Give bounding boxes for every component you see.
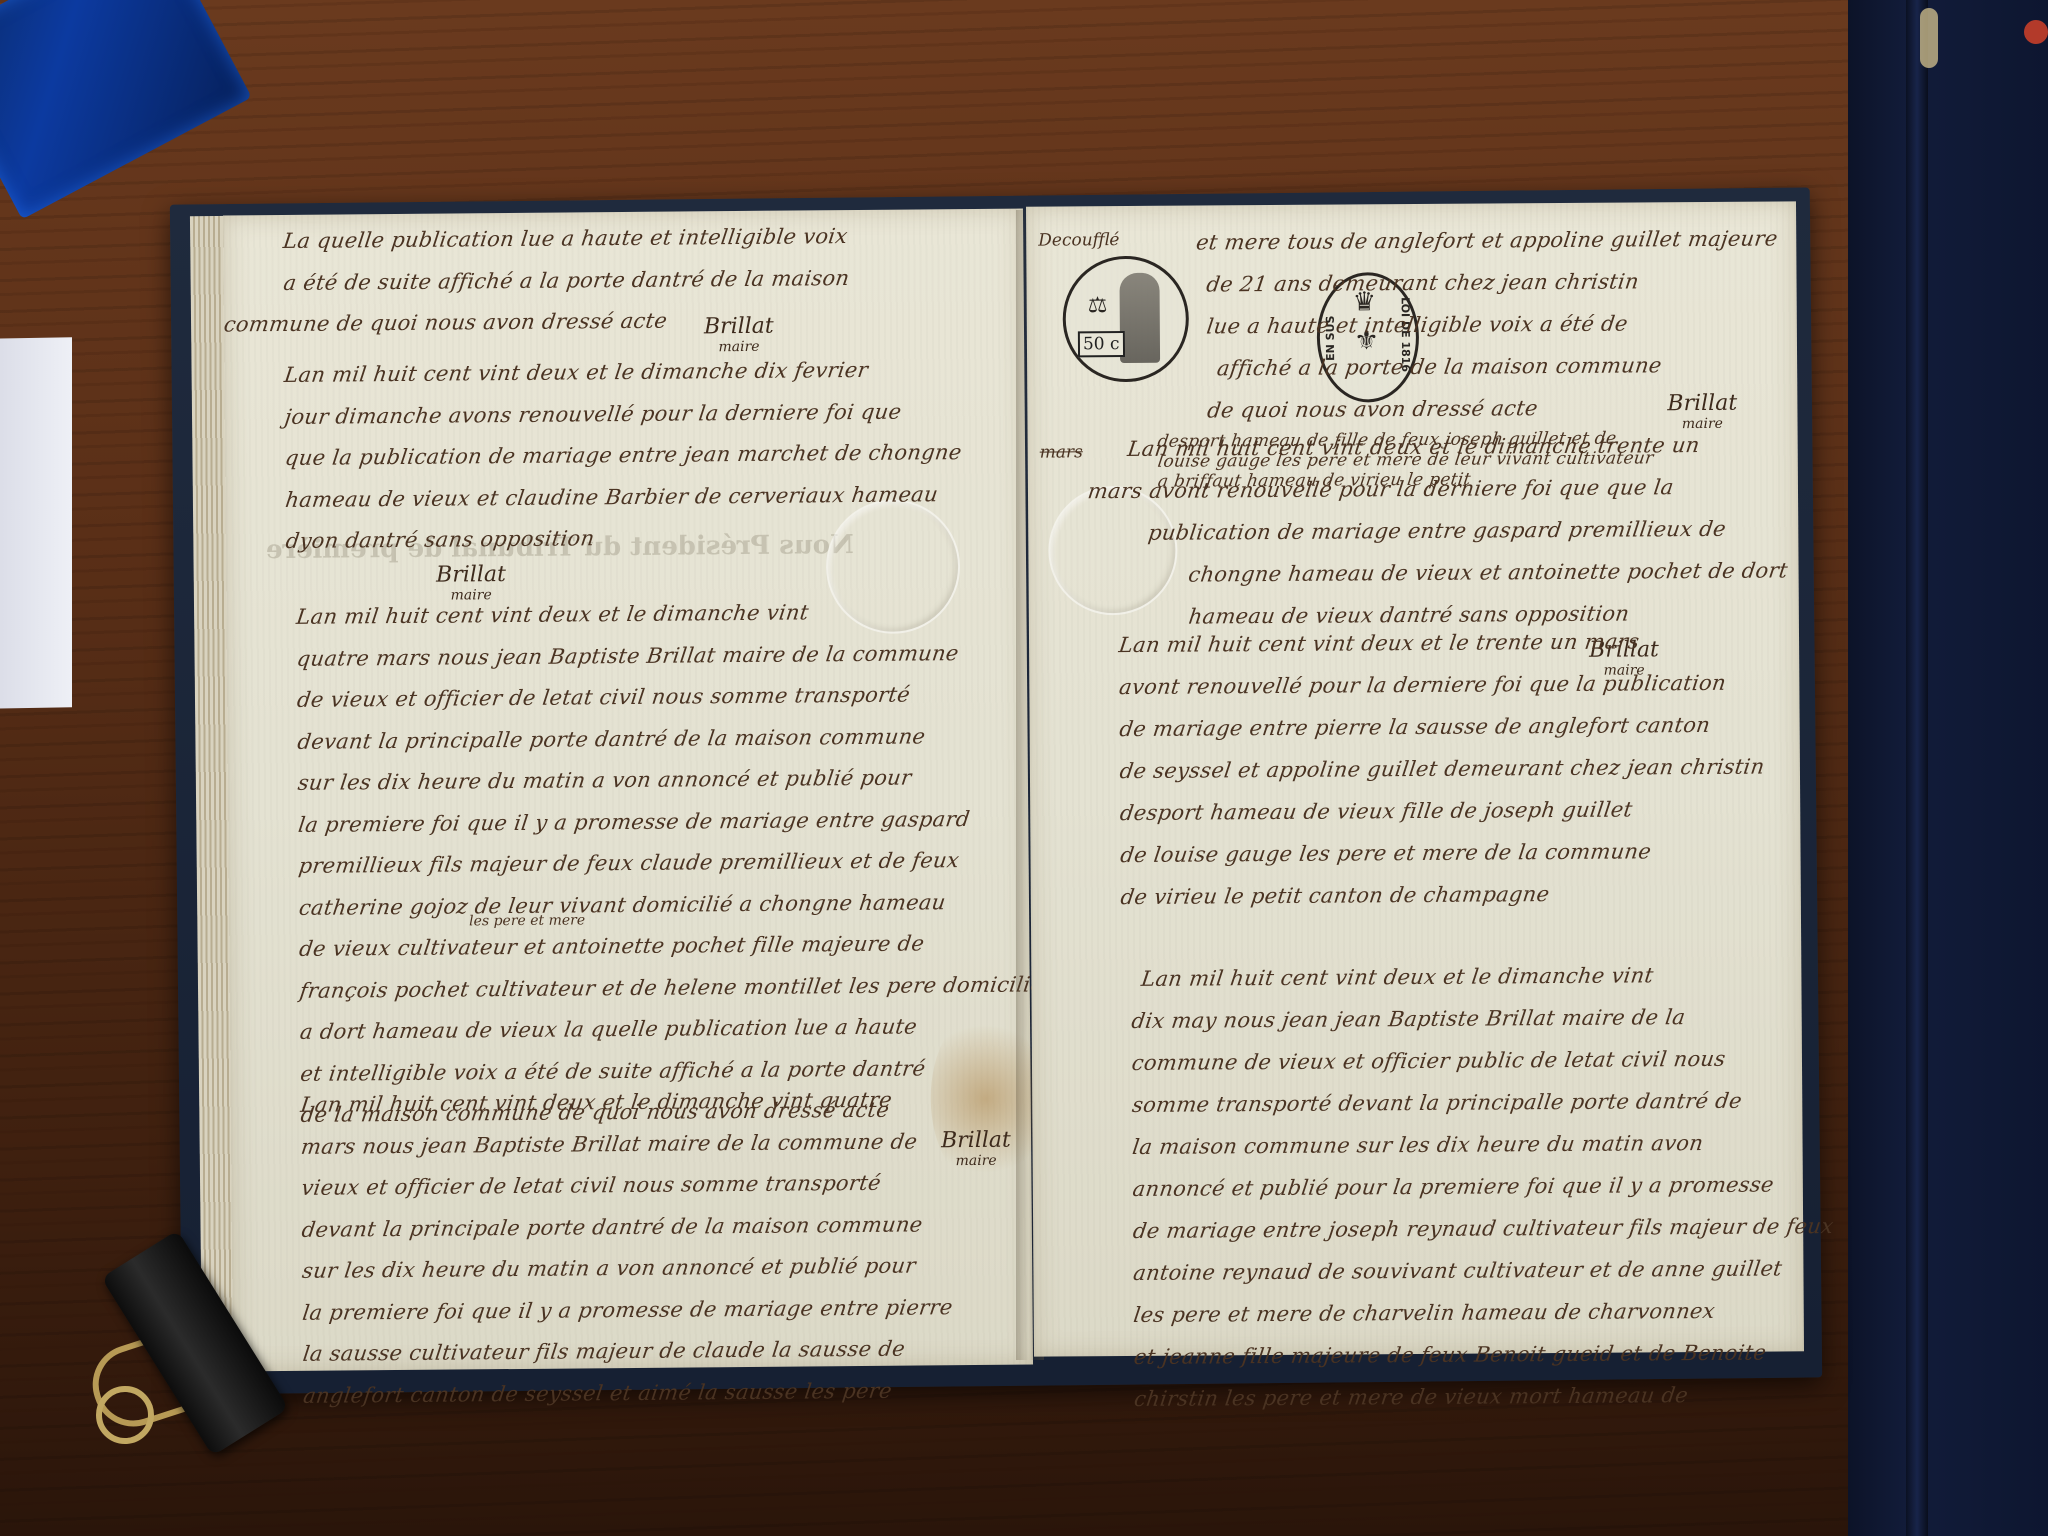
entry-4: Lan mil huit cent vint deux et le dimanc… — [231, 1078, 1034, 1417]
entry-1: La quelle publication lue a haute et int… — [223, 215, 1024, 346]
text-line: Lan mil huit cent vint deux et le dimanc… — [224, 590, 1029, 639]
text-line: devant la principalle porte dantré de la… — [225, 715, 1030, 764]
text-line: devant la principale porte dantré de la … — [229, 1203, 1034, 1252]
text-line: et jeanne fille majeure de feux Benoit g… — [1031, 1331, 1807, 1378]
text-line: commune de quoi nous avon dressé acte — [221, 298, 1026, 347]
text-line: sur les dix heure du matin a von annoncé… — [225, 756, 1030, 805]
text-line: Lan mil huit cent vint deux et le dimanc… — [222, 349, 1027, 398]
text-line: Lan mil huit cent vint deux et le dimanc… — [1029, 953, 1805, 1000]
text-line: dyon dantré sans opposition — [223, 514, 1028, 563]
signature-name: Brillat — [704, 314, 774, 340]
entry-2: Lan mil huit cent vint deux et le dimanc… — [1028, 423, 1799, 638]
navy-embroidered-cloth — [1848, 0, 2048, 1536]
text-line: sur les dix heure du matin a von annoncé… — [229, 1244, 1034, 1293]
text-line: affiché a la porte de la maison commune — [1024, 343, 1800, 390]
cloth-fold — [1906, 0, 1928, 1536]
text-line: a dort hameau de vieux la quelle publica… — [227, 1005, 1032, 1054]
text-line: de louise gauge les pere et mere de la c… — [1028, 829, 1804, 876]
text-line: desport hameau de vieux fille de joseph … — [1027, 787, 1803, 834]
text-line: antoine reynaud de souvivant cultivateur… — [1031, 1247, 1807, 1294]
photo-scene: Nous Président du Tribunal de première L… — [0, 0, 2048, 1536]
text-line: de vieux et officier de letat civil nous… — [224, 673, 1029, 722]
signature-name: Brillat — [1667, 391, 1737, 416]
text-line: de mariage entre joseph reynaud cultivat… — [1030, 1205, 1806, 1252]
text-line: et mere tous de anglefort et appoline gu… — [1023, 217, 1799, 264]
signature-name: Brillat — [436, 562, 506, 588]
entry-3: Lan mil huit cent vint deux et le dimanc… — [226, 591, 1031, 1137]
text-line: de virieu le petit canton de champagne — [1028, 871, 1804, 918]
right-page: Decoufflé mars ⚖ 50 c EN SUS ♛ ⚜ LOI DE … — [1026, 201, 1804, 1356]
text-line: avont renouvellé pour la derniere foi qu… — [1027, 661, 1803, 708]
text-line: publication de mariage entre gaspard pre… — [1025, 507, 1801, 554]
text-line: que la publication de mariage entre jean… — [222, 431, 1027, 480]
text-line: annoncé et publié pour la premiere foi q… — [1030, 1163, 1806, 1210]
text-line: vieux et officier de letat civil nous so… — [229, 1161, 1034, 1210]
text-line: chirstin les pere et mere de vieux mort … — [1032, 1373, 1808, 1420]
text-line: a été de suite affiché a la porte dantré… — [221, 256, 1026, 305]
text-line: françois pochet cultivateur et de helene… — [227, 964, 1032, 1013]
text-line: la sausse cultivateur fils majeur de cla… — [230, 1327, 1035, 1376]
text-line: de mariage entre pierre la sausse de ang… — [1027, 703, 1803, 750]
text-line: jour dimanche avons renouvellé pour la d… — [222, 390, 1027, 439]
left-page: Nous Président du Tribunal de première L… — [223, 209, 1033, 1372]
binder-clip-ring — [96, 1386, 154, 1444]
text-line: La quelle publication lue a haute et int… — [220, 215, 1025, 264]
text-line: la premiere foi que il y a promesse de m… — [230, 1286, 1035, 1335]
interlinear-note: les pere et mere — [469, 912, 585, 929]
entry-3: Lan mil huit cent vint deux et le trente… — [1029, 619, 1801, 918]
text-line: Lan mil huit cent vint deux et le dimanc… — [228, 1078, 1033, 1127]
text-line: catherine gojoz de leur vivant domicilié… — [226, 881, 1031, 930]
entry-4: Lan mil huit cent vint deux et le dimanc… — [1031, 953, 1804, 1420]
text-line: chongne hameau de vieux et antoinette po… — [1026, 549, 1802, 596]
white-card — [0, 337, 72, 708]
text-line: mars nous jean Baptiste Brillat maire de… — [228, 1120, 1033, 1169]
text-line: premillieux fils majeur de feux claude p… — [226, 839, 1031, 888]
text-line: de 21 ans demeurant chez jean christin — [1024, 259, 1800, 306]
text-line: Lan mil huit cent vint deux et le trente… — [1026, 619, 1802, 666]
embroidery-motif — [1920, 8, 1938, 68]
text-line: les pere et mere de charvelin hameau de … — [1031, 1289, 1807, 1336]
blue-folder — [0, 0, 252, 219]
text-line: de seyssel et appoline guillet demeurant… — [1027, 745, 1803, 792]
text-line: Lan mil huit cent vint deux et le dimanc… — [1025, 423, 1801, 470]
text-line: quatre mars nous jean Baptiste Brillat m… — [224, 632, 1029, 681]
text-line: anglefort canton de seyssel et aimé la s… — [231, 1369, 1036, 1418]
text-line: la maison commune sur les dix heure du m… — [1030, 1121, 1806, 1168]
entry-2: Lan mil huit cent vint deux et le dimanc… — [224, 349, 1026, 563]
text-line: somme transporté devant la principalle p… — [1029, 1079, 1805, 1126]
embroidery-red-motif — [2024, 20, 2048, 44]
text-line: la premiere foi que il y a promesse de m… — [226, 798, 1031, 847]
text-line: commune de vieux et officier public de l… — [1029, 1037, 1805, 1084]
text-line: lue a haute et intelligible voix a été d… — [1024, 301, 1800, 348]
text-line: dix may nous jean jean Baptiste Brillat … — [1029, 995, 1805, 1042]
text-line: hameau de vieux et claudine Barbier de c… — [223, 473, 1028, 522]
text-line: mars avont renouvellé pour la derniere f… — [1025, 465, 1801, 512]
text-line: de vieux cultivateur et antoinette poche… — [227, 922, 1032, 971]
